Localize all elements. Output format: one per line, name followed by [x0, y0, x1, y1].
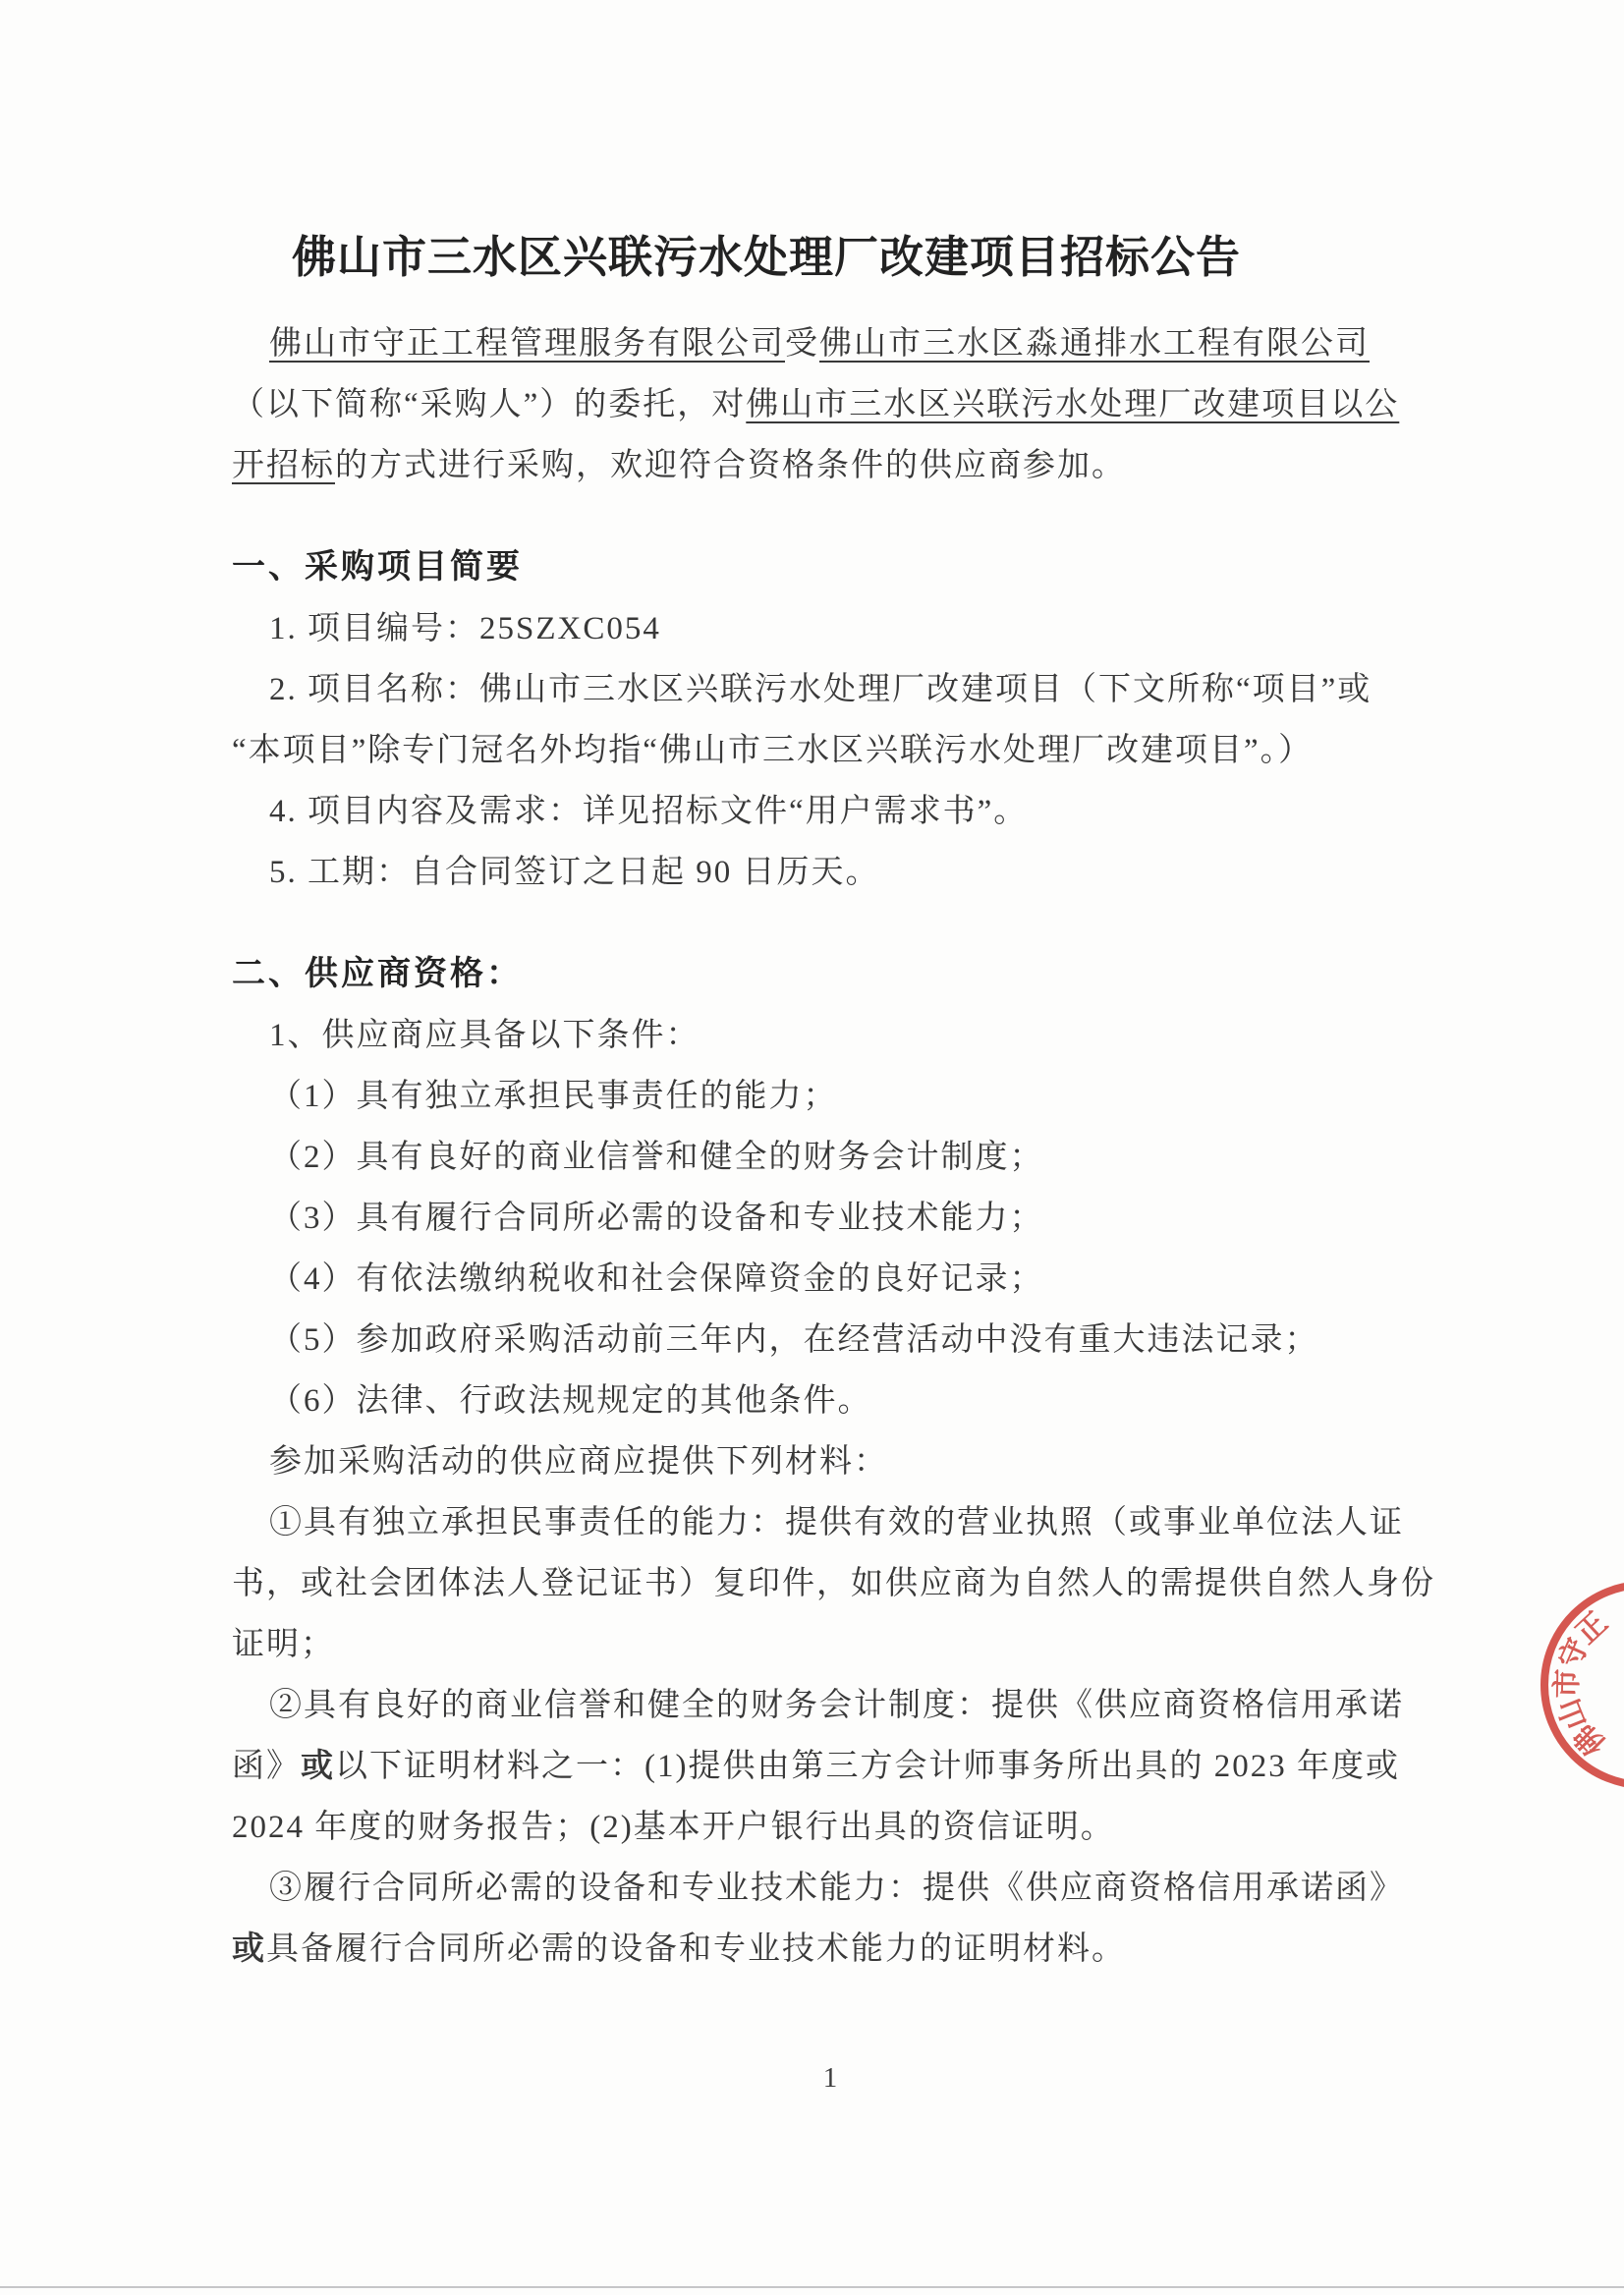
text-segment: 佛山市三水区兴联污水处理厂改建项目以公 — [746, 387, 1399, 422]
text-segment: 佛山市三水区淼通排水工程有限公司 — [819, 326, 1370, 362]
section-heading: 二、供应商资格： — [232, 944, 1411, 1005]
text-segment: 4. 项目内容及需求：详见招标文件“用户需求书”。 — [269, 794, 1028, 829]
text-segment: 函》 — [232, 1749, 301, 1784]
text-line: 2024 年度的财务报告；(2)基本开户银行出具的资信证明。 — [232, 1797, 1411, 1858]
text-line: 开招标的方式进行采购，欢迎符合资格条件的供应商参加。 — [232, 435, 1411, 496]
seal-character: 佛 — [1568, 1717, 1612, 1762]
text-line: 1. 项目编号：25SZXC054 — [232, 598, 1411, 659]
text-segment: ②具有良好的商业信誉和健全的财务会计制度：提供《供应商资格信用承诺 — [269, 1688, 1404, 1723]
page-number: 1 — [0, 2057, 1624, 2099]
text-segment: 或 — [301, 1749, 335, 1784]
text-line: ③履行合同所必需的设备和专业技术能力：提供《供应商资格信用承诺函》 — [232, 1858, 1411, 1919]
text-segment: 具备履行合同所必需的设备和专业技术能力的证明材料。 — [266, 1931, 1126, 1967]
text-line: 2. 项目名称：佛山市三水区兴联污水处理厂改建项目（下文所称“项目”或 — [232, 659, 1411, 720]
text-segment: 证明； — [232, 1627, 335, 1662]
text-line: 参加采购活动的供应商应提供下列材料： — [232, 1431, 1411, 1492]
text-line: 证明； — [232, 1614, 1411, 1675]
document-page: 佛山市三水区兴联污水处理厂改建项目招标公告 佛山市守正工程管理服务有限公司受佛山… — [0, 0, 1624, 2295]
text-line: （4）有依法缴纳税收和社会保障资金的良好记录； — [232, 1249, 1411, 1310]
document-title: 佛山市三水区兴联污水处理厂改建项目招标公告 — [177, 223, 1356, 292]
text-segment: 书，或社会团体法人登记证书）复印件，如供应商为自然人的需提供自然人身份 — [232, 1566, 1435, 1601]
text-segment: （6）法律、行政法规规定的其他条件。 — [269, 1383, 872, 1419]
text-segment: （2）具有良好的商业信誉和健全的财务会计制度； — [269, 1140, 1044, 1175]
seal-character: 正 — [1570, 1606, 1613, 1651]
text-line: （以下简称“采购人”）的委托，对佛山市三水区兴联污水处理厂改建项目以公 — [232, 374, 1411, 435]
text-line: （6）法律、行政法规规定的其他条件。 — [232, 1371, 1411, 1431]
text-line: （5）参加政府采购活动前三年内，在经营活动中没有重大违法记录； — [232, 1310, 1411, 1371]
text-segment: 参加采购活动的供应商应提供下列材料： — [269, 1444, 888, 1480]
text-line: 4. 项目内容及需求：详见招标文件“用户需求书”。 — [232, 781, 1411, 842]
text-segment: 2024 年度的财务报告；(2)基本开户银行出具的资信证明。 — [232, 1810, 1115, 1845]
text-segment: 佛山市守正工程管理服务有限公司 — [269, 326, 785, 362]
text-line: （3）具有履行合同所必需的设备和专业技术能力； — [232, 1188, 1411, 1249]
text-segment: 一、采购项目简要 — [232, 549, 523, 586]
text-lines-container: 佛山市守正工程管理服务有限公司受佛山市三水区淼通排水工程有限公司（以下简称“采购… — [232, 313, 1411, 1980]
text-segment: 2. 项目名称：佛山市三水区兴联污水处理厂改建项目（下文所称“项目”或 — [269, 672, 1372, 707]
scan-edge-line — [0, 2286, 1624, 2288]
text-segment: 1、供应商应具备以下条件： — [269, 1018, 700, 1053]
text-segment: （以下简称“采购人”）的委托，对 — [232, 387, 746, 422]
text-line: 书，或社会团体法人登记证书）复印件，如供应商为自然人的需提供自然人身份 — [232, 1553, 1411, 1614]
text-line: 佛山市守正工程管理服务有限公司受佛山市三水区淼通排水工程有限公司 — [232, 313, 1411, 374]
text-line: “本项目”除专门冠名外均指“佛山市三水区兴联污水处理厂改建项目”。） — [232, 720, 1411, 781]
text-line: 5. 工期：自合同签订之日起 90 日历天。 — [232, 842, 1411, 903]
seal-ring — [1544, 1585, 1624, 1785]
text-segment: 开招标 — [232, 448, 335, 483]
text-segment: 以下证明材料之一：(1)提供由第三方会计师事务所出具的 2023 年度或 — [335, 1749, 1400, 1784]
text-line: ①具有独立承担民事责任的能力：提供有效的营业执照（或事业单位法人证 — [232, 1492, 1411, 1553]
text-line: 或具备履行合同所必需的设备和专业技术能力的证明材料。 — [232, 1919, 1411, 1980]
text-segment: ①具有独立承担民事责任的能力：提供有效的营业执照（或事业单位法人证 — [269, 1505, 1404, 1540]
text-segment: （5）参加政府采购活动前三年内，在经营活动中没有重大违法记录； — [269, 1322, 1319, 1358]
text-segment: 5. 工期：自合同签订之日起 90 日历天。 — [269, 855, 880, 890]
text-segment: 二、供应商资格： — [232, 956, 523, 992]
text-segment: “本项目”除专门冠名外均指“佛山市三水区兴联污水处理厂改建项目”。） — [232, 733, 1313, 768]
text-segment: 受 — [785, 326, 819, 362]
text-segment: ③履行合同所必需的设备和专业技术能力：提供《供应商资格信用承诺函》 — [269, 1871, 1404, 1906]
text-segment: 的方式进行采购，欢迎符合资格条件的供应商参加。 — [335, 448, 1126, 483]
text-line: 1、供应商应具备以下条件： — [232, 1005, 1411, 1066]
section-heading: 一、采购项目简要 — [232, 537, 1411, 598]
text-segment: 或 — [232, 1931, 266, 1967]
company-seal-stamp: 佛山市守正 — [1539, 1579, 1624, 1791]
text-line: 函》或以下证明材料之一：(1)提供由第三方会计师事务所出具的 2023 年度或 — [232, 1736, 1411, 1797]
text-line: （1）具有独立承担民事责任的能力； — [232, 1066, 1411, 1127]
seal-character: 守 — [1553, 1634, 1595, 1674]
text-segment: （3）具有履行合同所必需的设备和专业技术能力； — [269, 1201, 1044, 1236]
text-segment: 1. 项目编号：25SZXC054 — [269, 611, 661, 646]
text-segment: （4）有依法缴纳税收和社会保障资金的良好记录； — [269, 1261, 1044, 1297]
text-line: （2）具有良好的商业信誉和健全的财务会计制度； — [232, 1127, 1411, 1188]
text-segment: （1）具有独立承担民事责任的能力； — [269, 1079, 838, 1114]
seal-character: 市 — [1551, 1668, 1585, 1699]
seal-character: 山 — [1552, 1694, 1594, 1733]
text-line: ②具有良好的商业信誉和健全的财务会计制度：提供《供应商资格信用承诺 — [232, 1675, 1411, 1736]
document-body: 佛山市三水区兴联污水处理厂改建项目招标公告 佛山市守正工程管理服务有限公司受佛山… — [232, 223, 1411, 1980]
